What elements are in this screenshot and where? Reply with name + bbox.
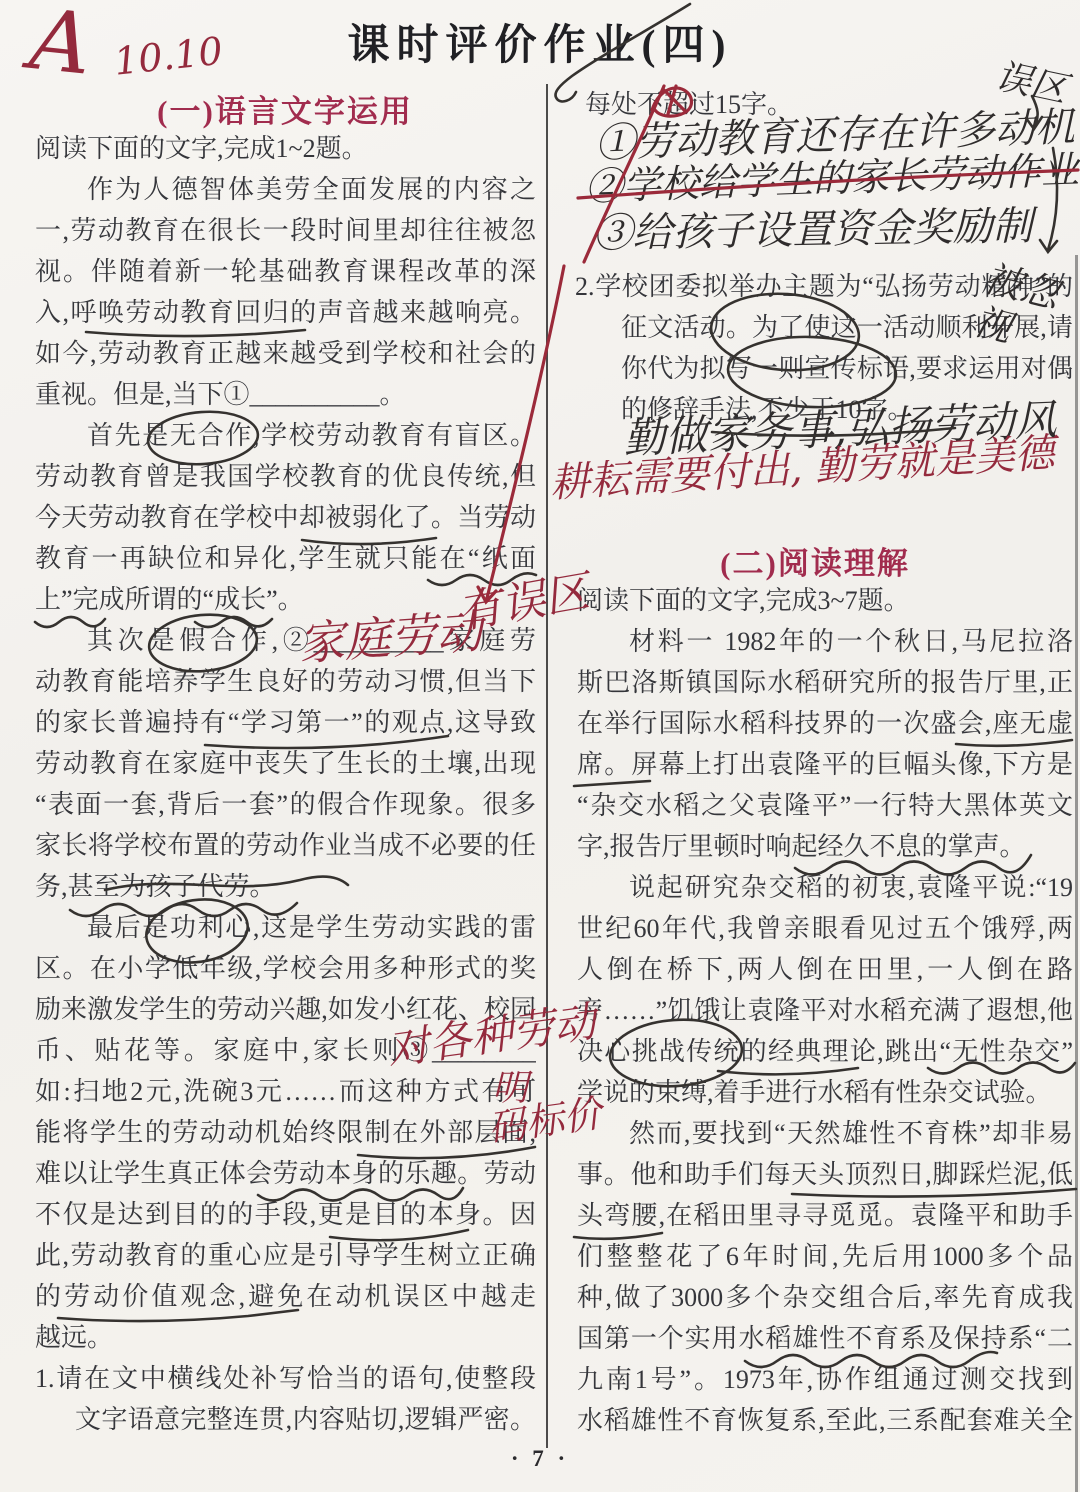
print-line: 动教育能培养学生良好的劳动习惯,但当下 bbox=[35, 661, 536, 702]
print-line: 视。伴随着新一轮基础教育课程改革的深 bbox=[35, 251, 536, 292]
print-line: 劳动教育在家庭中丧失了生长的土壤,出现 bbox=[35, 743, 536, 784]
print-line: 然而,要找到“天然雄性不育株”却非易 bbox=[577, 1113, 1073, 1154]
print-line: 人倒在桥下,两人倒在田里,一人倒在路 bbox=[577, 949, 1073, 990]
print-line: 事。他和助手们每天头顶烈日,脚踩烂泥,低 bbox=[577, 1154, 1073, 1195]
print-line: 难以让学生真正体会劳动本身的乐趣。劳动 bbox=[35, 1153, 536, 1194]
print-line: 的家长普遍持有“学习第一”的观点,这导致 bbox=[35, 702, 536, 743]
print-line: 水稻雄性不育恢复系,至此,三系配套难关全 bbox=[577, 1400, 1073, 1441]
print-line: 世纪60年代,我曾亲眼看见过五个饿殍,两 bbox=[577, 908, 1073, 949]
print-line-question1: 1.请在文中横线处补写恰当的语句,使整段 bbox=[35, 1358, 536, 1399]
print-line: 务,甚至为孩子代劳。 bbox=[35, 866, 536, 907]
print-line: “杂交水稻之父袁隆平”一行特大黑体英文 bbox=[577, 785, 1073, 826]
print-line: 重视。但是,当下①__________。 bbox=[35, 374, 536, 415]
section-header-language-use: (一)语言文字运用 bbox=[35, 86, 535, 131]
page-number: · 7 · bbox=[0, 1446, 1080, 1472]
print-line: 在举行国际水稻科技界的一次盛会,座无虚 bbox=[577, 703, 1073, 744]
print-line: 阅读下面的文字,完成1~2题。 bbox=[35, 128, 536, 169]
print-line: 此,劳动教育的重心应是引导学生树立正确 bbox=[35, 1235, 536, 1276]
print-line: 阅读下面的文字,完成3~7题。 bbox=[577, 580, 1073, 621]
print-line: 学说的束缚,着手进行水稻有性杂交试验。 bbox=[577, 1072, 1073, 1113]
print-line: 旁……”饥饿让袁隆平对水稻充满了遐想,他 bbox=[577, 990, 1073, 1031]
print-line: 说起研究杂交稻的初衷,袁隆平说:“19 bbox=[577, 867, 1073, 908]
section-header-reading: (二)阅读理解 bbox=[575, 538, 1055, 583]
print-line: 今天劳动教育在学校中却被弱化了。当劳动 bbox=[35, 497, 536, 538]
print-line: 一,劳动教育在很长一段时间里却往往被忽 bbox=[35, 210, 536, 251]
print-line-question2: 你代为拟写一则宣传标语,要求运用对偶 bbox=[575, 348, 1073, 389]
print-line: 区。在小学低年级,学校会用多种形式的奖 bbox=[35, 948, 536, 989]
print-line: 不仅是达到目的的手段,更是目的本身。因 bbox=[35, 1194, 536, 1235]
print-line: 九南1号”。1973年,协作组通过测交找到 bbox=[577, 1359, 1073, 1400]
print-line: 越远。 bbox=[35, 1317, 536, 1358]
column-divider bbox=[546, 84, 548, 1448]
handwritten-answer-3: ③给孩子设置资金奖励制 bbox=[592, 194, 1033, 259]
print-line: 国第一个实用水稻雄性不育系及保持系“二 bbox=[577, 1318, 1073, 1359]
left-column: 阅读下面的文字,完成1~2题。 作为人德智体美劳全面发展的内容之 一,劳动教育在… bbox=[35, 128, 536, 1440]
print-line: 字,报告厅里顿时响起经久不息的掌声。 bbox=[577, 826, 1073, 867]
print-line: 斯巴洛斯镇国际水稻研究所的报告厅里,正 bbox=[577, 662, 1073, 703]
paper-edge-line bbox=[1075, 255, 1078, 1492]
print-line: 作为人德智体美劳全面发展的内容之 bbox=[35, 169, 536, 210]
print-line: 席。屏幕上打出袁隆平的巨幅头像,下方是 bbox=[577, 744, 1073, 785]
print-line: 如:扫地2元,洗碗3元……而这种方式有可 bbox=[35, 1071, 536, 1112]
print-line: 们整整花了6年时间,先后用1000多个品 bbox=[577, 1236, 1073, 1277]
print-line: 种,做了3000多个杂交组合后,率先育成我 bbox=[577, 1277, 1073, 1318]
print-line: 头弯腰,在稻田里寻寻觅觅。袁隆平和助手 bbox=[577, 1195, 1073, 1236]
print-line: 首先是无合作,学校劳动教育有盲区。 bbox=[35, 415, 536, 456]
print-line: 决心挑战传统的经典理论,跳出“无性杂交” bbox=[577, 1031, 1073, 1072]
print-line: 能将学生的劳动动机始终限制在外部层面, bbox=[35, 1112, 536, 1153]
print-line: 入,呼唤劳动教育回归的声音越来越响亮。 bbox=[35, 292, 536, 333]
reading-block: 阅读下面的文字,完成3~7题。 材料一 1982年的一个秋日,马尼拉洛 斯巴洛斯… bbox=[577, 580, 1073, 1441]
grade-mark: A bbox=[26, 0, 97, 94]
print-line: “表面一套,背后一套”的假合作现象。很多 bbox=[35, 784, 536, 825]
print-line: 如今,劳动教育正越来越受到学校和社会的 bbox=[35, 333, 536, 374]
print-line: 家长将学校布置的劳动作业当成不必要的任 bbox=[35, 825, 536, 866]
print-line-question1: 文字语意完整连贯,内容贴切,逻辑严密。 bbox=[35, 1399, 536, 1440]
print-line: 教育一再缺位和异化,学生就只能在“纸面 bbox=[35, 538, 536, 579]
worksheet-page: 课时评价作业(四) (一)语言文字运用 阅读下面的文字,完成1~2题。 作为人德… bbox=[0, 0, 1080, 1492]
print-line: 最后是功利心,这是学生劳动实践的雷 bbox=[35, 907, 536, 948]
print-line: 的劳动价值观念,避免在动机误区中越走 bbox=[35, 1276, 536, 1317]
print-line: 劳动教育曾是我国学校教育的优良传统,但 bbox=[35, 456, 536, 497]
print-line: 材料一 1982年的一个秋日,马尼拉洛 bbox=[577, 621, 1073, 662]
note-jiating-laodong: 家庭劳动 bbox=[296, 595, 484, 674]
